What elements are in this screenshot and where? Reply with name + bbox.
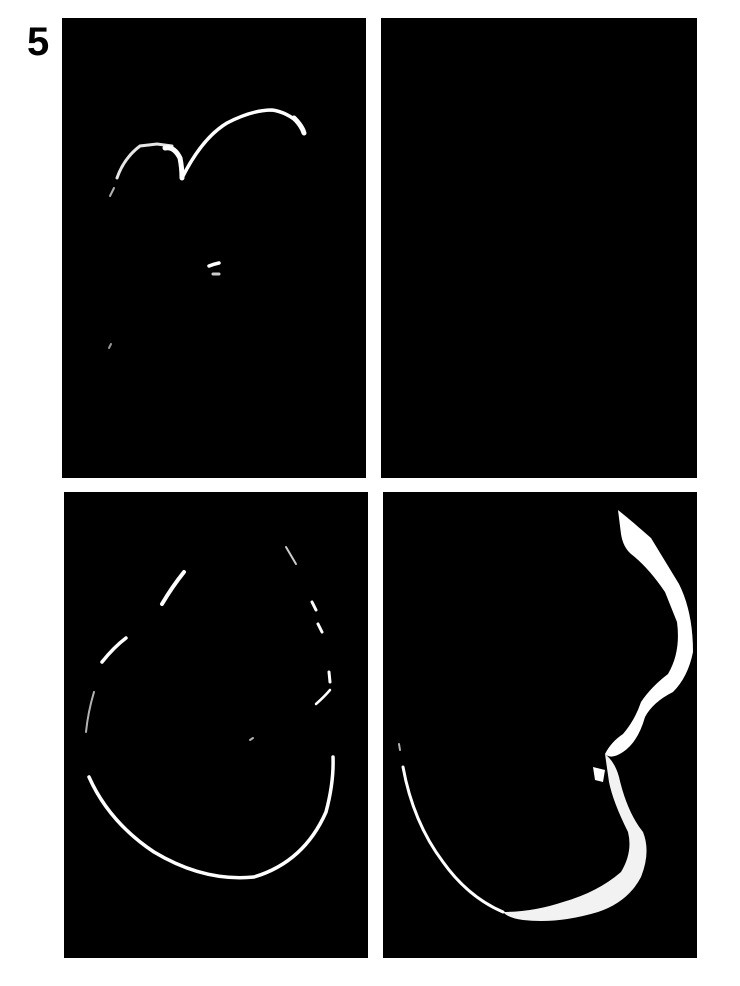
micrograph-panel-top-right xyxy=(381,18,697,478)
signal-outline-bottom-right xyxy=(383,492,697,958)
signal-outline-top-left xyxy=(62,18,366,478)
micrograph-panel-bottom-right xyxy=(383,492,697,958)
micrograph-panel-top-left xyxy=(62,18,366,478)
signal-outline-bottom-left xyxy=(64,492,368,958)
figure-label: 5 xyxy=(27,22,49,62)
micrograph-panel-bottom-left xyxy=(64,492,368,958)
